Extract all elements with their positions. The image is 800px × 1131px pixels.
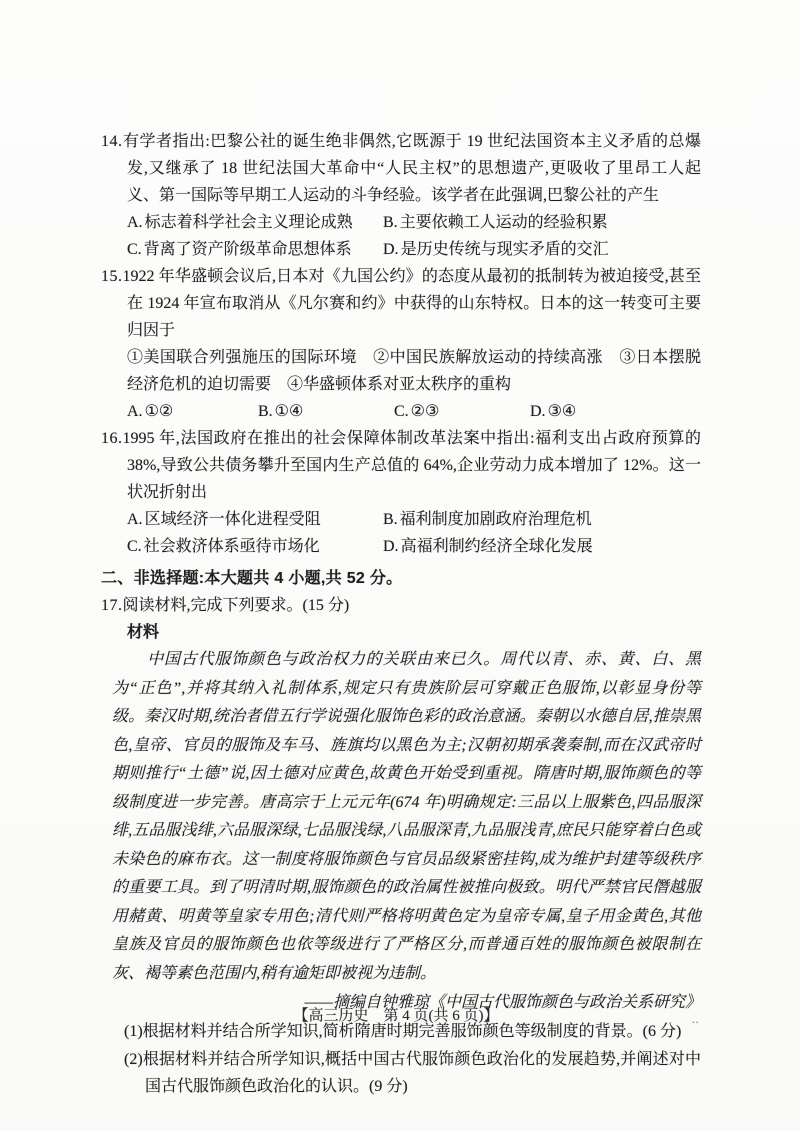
q17-material-label: 材料 <box>127 619 701 646</box>
q15-option-a-text: ①② <box>145 403 174 420</box>
q16-option-b-label: B. <box>383 511 398 528</box>
section-2-heading: 二、非选择题:本大题共 4 小题,共 52 分。 <box>101 565 701 592</box>
q15-option-b-text: ①④ <box>275 403 304 420</box>
q14-option-b-label: B. <box>383 214 398 231</box>
q16-options-row-2: C.社会救济体系亟待市场化 D.高福利制约经济全球化发展 <box>101 533 701 560</box>
q14-number: 14. <box>101 133 123 150</box>
question-14: 14.有学者指出:巴黎公社的诞生绝非偶然,它既源于 19 世纪法国资本主义矛盾的… <box>101 128 701 263</box>
q17-intro-text: 阅读材料,完成下列要求。(15 分) <box>123 597 350 614</box>
q15-stem: 15.1922 年华盛顿会议后,日本对《九国公约》的态度从最初的抵制转为被迫接受… <box>101 263 701 344</box>
q14-option-b: B.主要依赖工人运动的经验积累 <box>383 209 608 236</box>
q15-option-b-label: B. <box>258 403 273 420</box>
q15-option-d: D.③④ <box>530 398 701 425</box>
q14-option-a-label: A. <box>127 214 143 231</box>
q15-option-a: A.①② <box>127 398 258 425</box>
q16-option-a-label: A. <box>127 511 143 528</box>
q16-option-d-text: 高福利制约经济全球化发展 <box>401 538 593 555</box>
q14-option-c-text: 背离了资产阶级革命思想体系 <box>144 241 352 258</box>
q15-option-d-label: D. <box>530 403 546 420</box>
question-16: 16.1995 年,法国政府在推出的社会保障体制改革法案中指出:福利支出占政府预… <box>101 425 701 560</box>
q14-stem-text: 有学者指出:巴黎公社的诞生绝非偶然,它既源于 19 世纪法国资本主义矛盾的总爆发… <box>123 133 702 204</box>
q14-option-d: D.是历史传统与现实矛盾的交汇 <box>383 236 609 263</box>
q15-option-c: C.②③ <box>394 398 530 425</box>
q15-option-c-text: ②③ <box>411 403 440 420</box>
q16-option-c-label: C. <box>127 538 142 555</box>
q16-option-c: C.社会救济体系亟待市场化 <box>127 533 383 560</box>
q16-number: 16. <box>101 430 123 447</box>
q17-intro: 17.阅读材料,完成下列要求。(15 分) <box>101 592 701 619</box>
q14-option-c-label: C. <box>127 241 142 258</box>
q14-option-b-text: 主要依赖工人运动的经验积累 <box>400 214 608 231</box>
q17-sub-question-2: (2)根据材料并结合所学知识,概括中国古代服饰颜色政治化的发展趋势,并阐述对中国… <box>124 1046 701 1101</box>
exam-page: 14.有学者指出:巴黎公社的诞生绝非偶然,它既源于 19 世纪法国资本主义矛盾的… <box>0 0 800 1131</box>
q15-option-a-label: A. <box>127 403 143 420</box>
q15-option-d-text: ③④ <box>548 403 577 420</box>
q15-number: 15. <box>101 268 123 285</box>
q14-option-a-text: 标志着科学社会主义理论成熟 <box>145 214 353 231</box>
q14-options-row-2: C.背离了资产阶级革命思想体系 D.是历史传统与现实矛盾的交汇 <box>101 236 701 263</box>
q16-option-b: B.福利制度加剧政府治理危机 <box>383 506 592 533</box>
scan-artifact-dots: .. <box>692 1014 700 1026</box>
q16-option-a: A.区域经济一体化进程受阻 <box>127 506 383 533</box>
q17-material-text: 中国古代服饰颜色与政治权力的关联由来已久。周代以青、赤、黄、白、黑为“正色”,并… <box>112 646 701 988</box>
q16-option-d-label: D. <box>383 538 399 555</box>
q14-option-d-label: D. <box>383 241 399 258</box>
q15-option-b: B.①④ <box>258 398 394 425</box>
q16-option-b-text: 福利制度加剧政府治理危机 <box>400 511 592 528</box>
q14-options-row-1: A.标志着科学社会主义理论成熟 B.主要依赖工人运动的经验积累 <box>101 209 701 236</box>
q15-sub-options: ①美国联合列强施压的国际环境 ②中国民族解放运动的持续高涨 ③日本摆脱经济危机的… <box>101 344 701 398</box>
q15-stem-text: 1922 年华盛顿会议后,日本对《九国公约》的态度从最初的抵制转为被迫接受,甚至… <box>123 268 702 339</box>
q16-options-row-1: A.区域经济一体化进程受阻 B.福利制度加剧政府治理危机 <box>101 506 701 533</box>
exam-content: 14.有学者指出:巴黎公社的诞生绝非偶然,它既源于 19 世纪法国资本主义矛盾的… <box>101 128 701 1101</box>
q16-stem-text: 1995 年,法国政府在推出的社会保障体制改革法案中指出:福利支出占政府预算的 … <box>123 430 702 501</box>
q15-option-c-label: C. <box>394 403 409 420</box>
q14-option-c: C.背离了资产阶级革命思想体系 <box>127 236 383 263</box>
q16-stem: 16.1995 年,法国政府在推出的社会保障体制改革法案中指出:福利支出占政府预… <box>101 425 701 506</box>
q16-option-d: D.高福利制约经济全球化发展 <box>383 533 593 560</box>
q15-options-row: A.①② B.①④ C.②③ D.③④ <box>101 398 701 425</box>
q16-option-c-text: 社会救济体系亟待市场化 <box>144 538 320 555</box>
q17-number: 17. <box>101 597 123 614</box>
page-footer: 【高三历史 第 4 页(共 6 页)】 <box>0 1006 792 1026</box>
q14-stem: 14.有学者指出:巴黎公社的诞生绝非偶然,它既源于 19 世纪法国资本主义矛盾的… <box>101 128 701 209</box>
q14-option-a: A.标志着科学社会主义理论成熟 <box>127 209 383 236</box>
q14-option-d-text: 是历史传统与现实矛盾的交汇 <box>401 241 609 258</box>
q16-option-a-text: 区域经济一体化进程受阻 <box>145 511 321 528</box>
question-15: 15.1922 年华盛顿会议后,日本对《九国公约》的态度从最初的抵制转为被迫接受… <box>101 263 701 425</box>
